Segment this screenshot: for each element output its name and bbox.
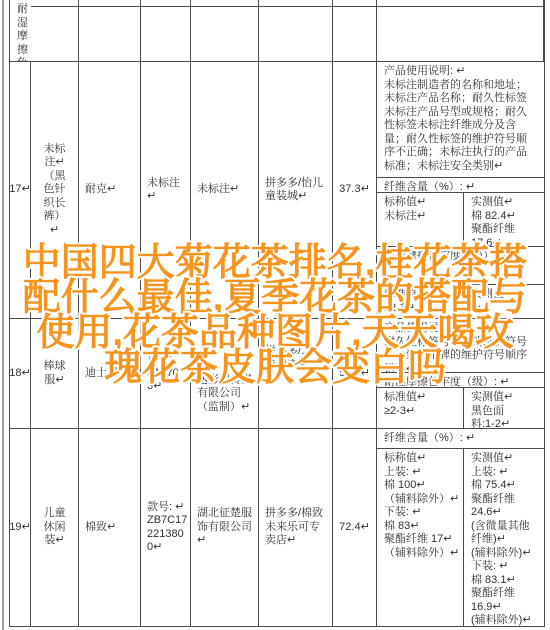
row17-details-cell: 产品使用说明: ↵ 未标注制造者的名称和地址； 未标注产品名称；耐久性标签 未标…	[377, 62, 544, 319]
row18-manufacturer-cell: 达影视传媒 有限公司 （监制）↵	[191, 319, 259, 429]
row19-details-cell: 纤维含量（%）: ↵ 标称值↵ 上装: ↵ 棉 100↵ （辅料除外）↵ 下装:…	[377, 429, 544, 626]
row17-usage-note: 产品使用说明: ↵ 未标注制造者的名称和地址； 未标注产品名称；耐久性标签 未标…	[377, 62, 544, 178]
row18-number-cell: 18↵	[10, 319, 31, 429]
sliver-cell	[377, 0, 544, 7]
sliver-cell	[333, 0, 377, 7]
sliver-cell	[31, 0, 79, 7]
row19-model-cell: 款号: ↵ ZB7C17 221380 0↵	[141, 429, 191, 626]
row18-colorfastness-header: 耐湿摩擦色牢度（级）: ↵	[377, 373, 544, 388]
row18-channel-cell: 拼多多/…… 专卖店↵	[259, 319, 333, 429]
row19-product-name-cell: 儿童休闲装↵	[31, 429, 79, 626]
row17-product-name-cell: 未标注↵（黑色针织长裤）↵	[31, 62, 79, 319]
row17-fiber-nominal: 标称值↵ 未标注↵	[377, 193, 464, 246]
empty-cell	[333, 7, 377, 62]
row18-colorfastness-measured: 实测值↵ 黑色面 料:1-2↵	[464, 388, 544, 428]
row17-colorfastness-measured: 实测值↵ 2↵	[464, 285, 544, 318]
row18-product-name-cell: 棒球服↵	[31, 319, 79, 429]
row17-model-cell: 未标注↵	[141, 62, 191, 319]
row17-colorfastness-standard: 标准值↵ ≥2-3↵	[377, 285, 464, 318]
row19-manufacturer-cell: 湖北征楚服饰有限公司↵	[191, 429, 259, 626]
row19-fiber-measured: 实测值↵ 上装: ↵ 棉 75.4↵ 聚酯纤维 24.6↵ (含微量其他 纤维)…	[464, 449, 544, 626]
row19-fiber-header: 纤维含量（%）: ↵	[377, 429, 544, 449]
prev-row-details-cell: 耐湿摩擦色牢度（级）: ↵ 标准值 实测值↵ ≥2-3 裤子面料: 1-2↵	[10, 0, 31, 62]
empty-cell	[259, 7, 333, 62]
row18-price-cell: 59.9↵	[333, 319, 377, 429]
empty-cell	[141, 7, 191, 62]
inspection-results-table: 耐湿摩擦色牢度（级）: ↵ 标准值 实测值↵ ≥2-3 裤子面料: 1-2↵ 1…	[9, 0, 545, 627]
row17-channel-cell: 拼多多/怡儿童装城↵	[259, 62, 333, 319]
page-left-edge-line	[2, 0, 4, 630]
screenshot-root: { "overlay": { "color": "#F7941E", "line…	[0, 0, 550, 630]
row17-fiber-header: 纤维含量（%）: ↵	[377, 178, 544, 193]
row19-fiber-nominal: 标称值↵ 上装: ↵ 棉 100↵ （辅料除外）↵ 下装: ↵ 棉 83↵ 聚酯…	[377, 449, 464, 626]
row18-brand-cell: 迪士尼↵	[79, 319, 141, 429]
row19-fiber-table: 标称值↵ 上装: ↵ 棉 100↵ （辅料除外）↵ 下装: ↵ 棉 83↵ 聚酯…	[377, 449, 544, 626]
row19-channel-cell: 拼多多/棉致未来乐可专卖店↵	[259, 429, 333, 626]
colorfastness-note: 耐湿摩擦色牢度（级）: ↵ 标准值 实测值↵ ≥2-3 裤子面料: 1-2↵	[10, 0, 31, 61]
row19-brand-cell: 棉致↵	[79, 429, 141, 626]
row17-brand-cell: 耐克↵	[79, 62, 141, 319]
row18-details-cell: 产品使用说明: ↵ 耐久性标签与吊牌的维护符号 不一致；吊牌的维护符号顺序 错误…	[377, 319, 544, 429]
row18-usage-note: 产品使用说明: ↵ 耐久性标签与吊牌的维护符号 不一致；吊牌的维护符号顺序 错误…	[377, 319, 544, 373]
row17-colorfastness-table: 标准值↵ ≥2-3↵ 实测值↵ 2↵	[377, 285, 544, 318]
sliver-cell	[141, 0, 191, 7]
empty-cell	[79, 7, 141, 62]
sliver-cell	[79, 0, 141, 7]
row18-colorfastness-table: 标准值↵ ≥2-3↵ 实测值↵ 黑色面 料:1-2↵	[377, 388, 544, 428]
sliver-cell	[191, 0, 259, 7]
empty-cell	[191, 7, 259, 62]
row19-price-cell: 72.4↵	[333, 429, 377, 626]
row17-price-cell: 37.3↵	[333, 62, 377, 319]
row18-model-cell: 货号: FA170 3↵	[141, 319, 191, 429]
row19-number-cell: 19↵	[10, 429, 31, 626]
row17-fiber-measured: 实测值↵ 棉 82.4↵ 聚酯纤维 17.6↵	[464, 193, 544, 246]
row17-number-cell: 17↵	[10, 62, 31, 319]
row17-colorfastness-header: 耐湿摩擦色牢度（级）: ↵	[377, 247, 544, 285]
empty-cell	[377, 7, 544, 62]
sliver-cell	[259, 0, 333, 7]
row17-manufacturer-cell: 未标注↵	[191, 62, 259, 319]
row17-fiber-table: 标称值↵ 未标注↵ 实测值↵ 棉 82.4↵ 聚酯纤维 17.6↵	[377, 193, 544, 247]
row18-colorfastness-standard: 标准值↵ ≥2-3↵	[377, 388, 464, 428]
empty-cell	[31, 7, 79, 62]
